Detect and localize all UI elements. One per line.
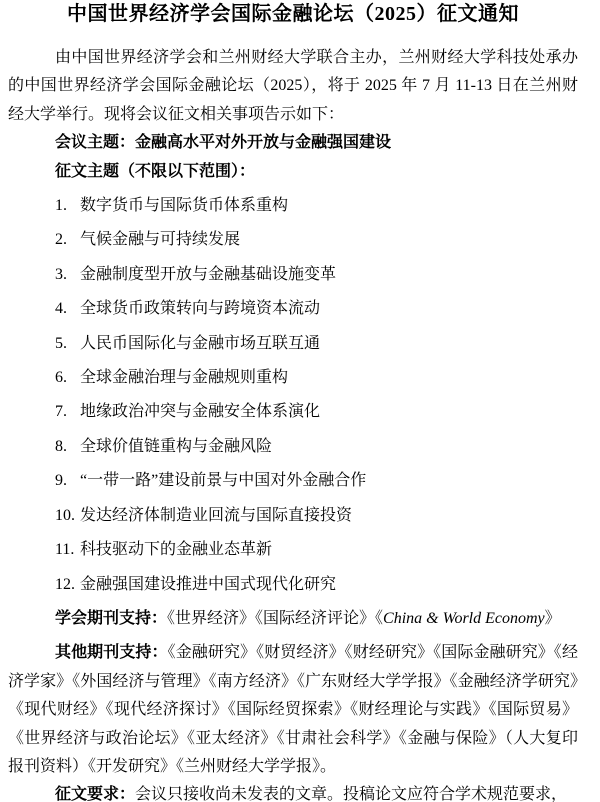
other-journals-text: 《金融研究》《财贸经济》《财经研究》《国际金融研究》《经济学家》《外国经济与管理…: [8, 644, 578, 775]
topic-item-3: 3.金融制度型开放与金融基础设施变革: [8, 261, 578, 289]
topic-item-9: 9.“一带一路”建设前景与中国对外金融合作: [8, 467, 578, 495]
topic-text: 气候金融与可持续发展: [80, 226, 578, 254]
topic-item-8: 8.全球价值链重构与金融风险: [8, 433, 578, 461]
topic-text: 人民币国际化与金融市场互联互通: [80, 330, 578, 358]
document-page: 中国世界经济学会国际金融论坛（2025）征文通知 由中国世界经济学会和兰州财经大…: [0, 0, 600, 802]
society-journal-english-title: China & World Economy: [383, 610, 545, 627]
conference-theme-line: 会议主题：金融高水平对外开放与金融强国建设: [8, 129, 578, 157]
society-journals-close-bracket: 》: [545, 610, 561, 627]
topic-number: 3.: [55, 261, 80, 289]
topic-item-10: 10.发达经济体制造业回流与国际直接投资: [8, 502, 578, 530]
topic-number: 6.: [55, 364, 80, 392]
topic-item-4: 4.全球货币政策转向与跨境资本流动: [8, 295, 578, 323]
topic-number: 8.: [55, 433, 80, 461]
page-title: 中国世界经济学会国际金融论坛（2025）征文通知: [8, 0, 578, 28]
topic-item-2: 2.气候金融与可持续发展: [8, 226, 578, 254]
topic-number: 7.: [55, 398, 80, 426]
topic-text: 全球金融治理与金融规则重构: [80, 364, 578, 392]
conference-theme-text: 金融高水平对外开放与金融强国建设: [135, 134, 391, 151]
topic-text: 全球货币政策转向与跨境资本流动: [80, 295, 578, 323]
topic-text: “一带一路”建设前景与中国对外金融合作: [80, 467, 578, 495]
topic-text: 金融强国建设推进中国式现代化研究: [80, 571, 578, 599]
topic-item-6: 6.全球金融治理与金融规则重构: [8, 364, 578, 392]
intro-paragraph: 由中国世界经济学会和兰州财经大学联合主办，兰州财经大学科技处承办的中国世界经济学…: [8, 44, 578, 129]
topic-text: 科技驱动下的金融业态革新: [80, 536, 578, 564]
topic-number: 9.: [55, 467, 80, 495]
topic-number: 4.: [55, 295, 80, 323]
topic-text: 地缘政治冲突与金融安全体系演化: [80, 398, 578, 426]
topic-item-7: 7.地缘政治冲突与金融安全体系演化: [8, 398, 578, 426]
requirements-text: 会议只接收尚未发表的文章。投稿论文应符合学术规范要求，: [135, 786, 567, 802]
topic-item-5: 5.人民币国际化与金融市场互联互通: [8, 330, 578, 358]
society-journals-paragraph: 学会期刊支持：《世界经济》《国际经济评论》《China & World Econ…: [8, 605, 578, 633]
topic-item-11: 11.科技驱动下的金融业态革新: [8, 536, 578, 564]
society-journals-label: 学会期刊支持：: [55, 610, 167, 627]
topic-text: 金融制度型开放与金融基础设施变革: [80, 261, 578, 289]
topic-number: 10.: [55, 502, 80, 530]
conference-theme-label: 会议主题：: [55, 134, 135, 151]
topic-item-12: 12.金融强国建设推进中国式现代化研究: [8, 571, 578, 599]
topic-number: 5.: [55, 330, 80, 358]
society-journals-cn: 《世界经济》《国际经济评论》《: [167, 610, 383, 627]
topic-number: 11.: [55, 536, 80, 564]
requirements-paragraph: 征文要求：会议只接收尚未发表的文章。投稿论文应符合学术规范要求，: [8, 781, 578, 802]
requirements-label: 征文要求：: [55, 786, 135, 802]
other-journals-label: 其他期刊支持：: [55, 644, 168, 661]
topics-heading: 征文主题（不限以下范围）：: [8, 158, 578, 186]
topic-number: 12.: [55, 571, 80, 599]
other-journals-paragraph: 其他期刊支持：《金融研究》《财贸经济》《财经研究》《国际金融研究》《经济学家》《…: [8, 639, 578, 781]
topic-text: 全球价值链重构与金融风险: [80, 433, 578, 461]
topic-text: 发达经济体制造业回流与国际直接投资: [80, 502, 578, 530]
topic-number: 2.: [55, 226, 80, 254]
topic-number: 1.: [55, 192, 80, 220]
topic-item-1: 1.数字货币与国际货币体系重构: [8, 192, 578, 220]
topics-list: 1.数字货币与国际货币体系重构 2.气候金融与可持续发展 3.金融制度型开放与金…: [8, 192, 578, 599]
topic-text: 数字货币与国际货币体系重构: [80, 192, 578, 220]
